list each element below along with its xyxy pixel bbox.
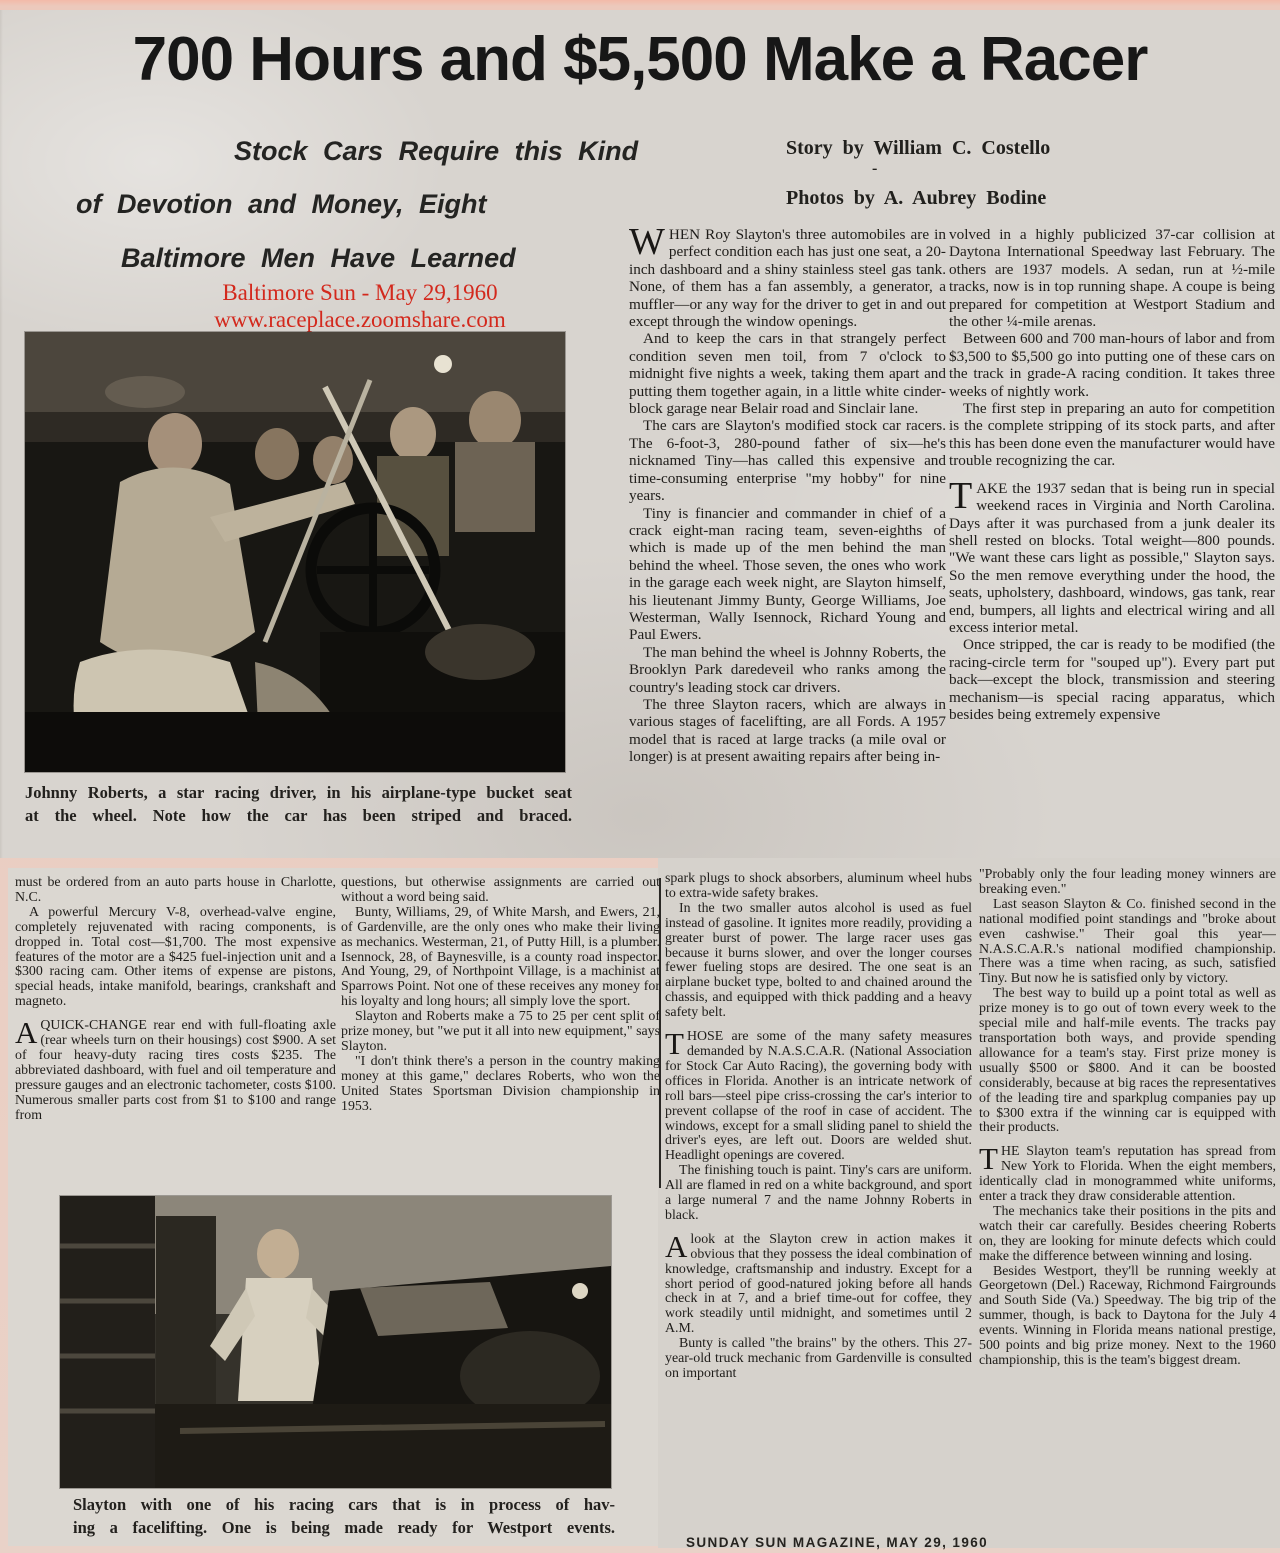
- paragraph: spark plugs to shock absorbers, aluminum…: [665, 872, 972, 902]
- caption-line: Johnny Roberts, a star racing driver, in…: [25, 781, 572, 804]
- article-column-5: spark plugs to shock absorbers, aluminum…: [665, 872, 972, 1532]
- paragraph-text: HOSE are some of the many safety measure…: [665, 1029, 972, 1163]
- photo-byline: Photos by A. Aubrey Bodine: [786, 187, 1046, 210]
- paragraph: The cars are Slayton's modified stock ca…: [629, 417, 946, 504]
- magazine-footer: SUNDAY SUN MAGAZINE, MAY 29, 1960: [686, 1535, 988, 1550]
- paragraph: "Probably only the four leading money wi…: [979, 868, 1276, 898]
- article-column-6: "Probably only the four leading money wi…: [979, 868, 1276, 1528]
- paragraph-text: look at the Slayton crew in action makes…: [665, 1232, 972, 1336]
- caption-bottom-photo: Slayton with one of his racing cars that…: [73, 1493, 615, 1539]
- deck-line: Baltimore Men Have Learned: [121, 243, 516, 274]
- paragraph: WHEN Roy Slayton's three automobiles are…: [629, 226, 946, 330]
- paragraph: Bunty is called "the brains" by the othe…: [665, 1337, 972, 1382]
- paragraph: AQUICK-CHANGE rear end with full-floatin…: [15, 1019, 336, 1123]
- paragraph: THE Slayton team's reputation has spread…: [979, 1145, 1276, 1205]
- paragraph-text: AKE the 1937 sedan that is being run in …: [949, 480, 1275, 636]
- paragraph: volved in a highly publicized 37-car col…: [949, 226, 1275, 330]
- paragraph: THOSE are some of the many safety measur…: [665, 1030, 972, 1164]
- paragraph: Bunty, Williams, 29, of White Marsh, and…: [341, 906, 660, 1010]
- paragraph: Once stripped, the car is ready to be mo…: [949, 636, 1275, 723]
- paragraph: The finishing touch is paint. Tiny's car…: [665, 1164, 972, 1224]
- article-column-2: volved in a highly publicized 37-car col…: [949, 226, 1275, 858]
- photo-top-illustration: [25, 332, 565, 772]
- paragraph-text: HEN Roy Slayton's three automobiles are …: [629, 226, 946, 330]
- photo-johnny-roberts-cockpit: [25, 332, 565, 772]
- dropcap: A: [665, 1233, 690, 1260]
- paragraph: Alook at the Slayton crew in action make…: [665, 1233, 972, 1337]
- paragraph: The first step in preparing an auto for …: [949, 400, 1275, 470]
- paragraph: In the two smaller autos alcohol is used…: [665, 902, 972, 1021]
- caption-top-photo: Johnny Roberts, a star racing driver, in…: [25, 781, 572, 827]
- stamp-line-url: www.raceplace.zoomshare.com: [130, 306, 590, 333]
- article-headline: 700 Hours and $5,500 Make a Racer: [0, 24, 1280, 95]
- dropcap: T: [979, 1145, 1001, 1172]
- byline-dash: -: [872, 160, 877, 178]
- paragraph: And to keep the cars in that strangely p…: [629, 330, 946, 417]
- paragraph-text: QUICK-CHANGE rear end with full-floating…: [15, 1018, 336, 1122]
- paragraph: TAKE the 1937 sedan that is being run in…: [949, 480, 1275, 637]
- source-stamp: Baltimore Sun - May 29,1960 www.raceplac…: [130, 279, 590, 333]
- dropcap: T: [949, 480, 976, 512]
- article-column-4: questions, but otherwise assignments are…: [341, 876, 660, 1194]
- stamp-line-date: Baltimore Sun - May 29,1960: [130, 279, 590, 306]
- paragraph: The best way to build up a point total a…: [979, 987, 1276, 1136]
- article-column-1: WHEN Roy Slayton's three automobiles are…: [629, 226, 946, 858]
- caption-line: at the wheel. Note how the car has been …: [25, 804, 572, 827]
- paragraph: Slayton and Roberts make a 75 to 25 per …: [341, 1010, 660, 1055]
- column-divider-rule: [659, 878, 661, 1188]
- paragraph: must be ordered from an auto parts house…: [15, 876, 336, 906]
- photo-slayton-garage: [60, 1196, 611, 1488]
- deck-line: of Devotion and Money, Eight: [76, 189, 487, 220]
- paragraph: Last season Slayton & Co. finished secon…: [979, 898, 1276, 987]
- paragraph: Besides Westport, they'll be running wee…: [979, 1265, 1276, 1369]
- dropcap: W: [629, 226, 669, 258]
- caption-line: Slayton with one of his racing cars that…: [73, 1493, 615, 1516]
- paragraph-text: HE Slayton team's reputation has spread …: [979, 1144, 1276, 1204]
- dropcap: A: [15, 1019, 40, 1046]
- paragraph: The man behind the wheel is Johnny Rober…: [629, 644, 946, 696]
- paragraph: A powerful Mercury V-8, overhead-valve e…: [15, 906, 336, 1010]
- newspaper-page: 700 Hours and $5,500 Make a Racer Stock …: [0, 0, 1280, 1553]
- caption-line: ing a facelifting. One is being made rea…: [73, 1516, 615, 1539]
- paragraph: Tiny is financier and commander in chief…: [629, 505, 946, 644]
- paragraph: questions, but otherwise assignments are…: [341, 876, 660, 906]
- photo-bottom-illustration: [60, 1196, 611, 1488]
- deck-line: Stock Cars Require this Kind: [234, 136, 638, 167]
- story-byline: Story by William C. Costello: [786, 137, 1050, 160]
- paragraph: The three Slayton racers, which are alwa…: [629, 696, 946, 766]
- dropcap: T: [665, 1030, 687, 1057]
- article-column-3: must be ordered from an auto parts house…: [15, 876, 336, 1194]
- paragraph: "I don't think there's a person in the c…: [341, 1055, 660, 1115]
- paragraph: Between 600 and 700 man-hours of labor a…: [949, 330, 1275, 400]
- paragraph: The mechanics take their positions in th…: [979, 1205, 1276, 1265]
